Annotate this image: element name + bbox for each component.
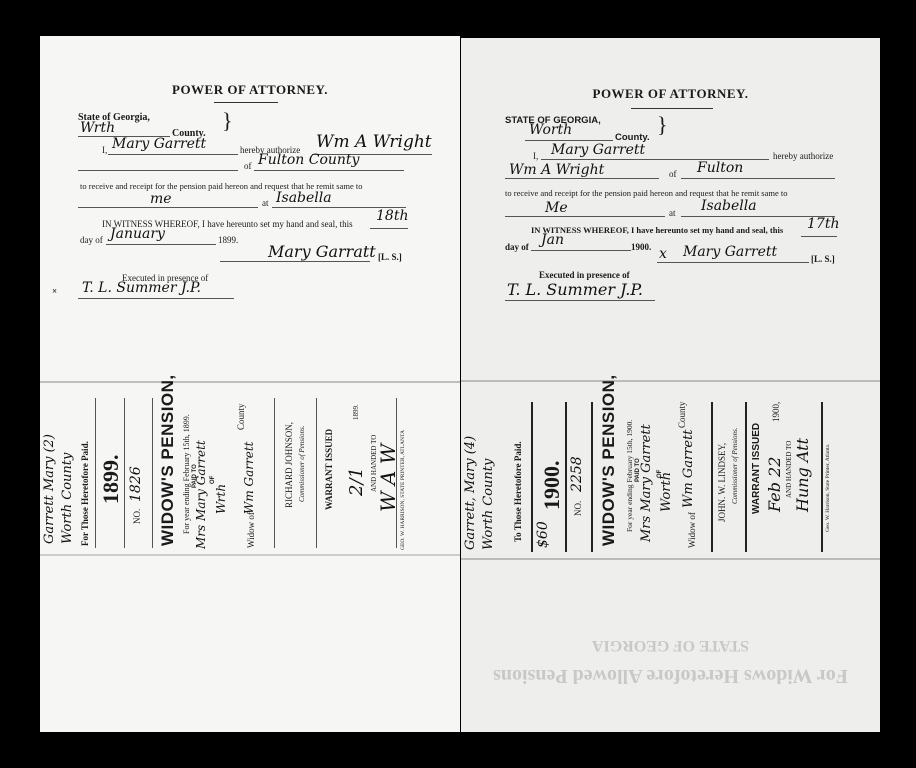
receive-text: to receive and receipt for the pension p… [505,188,788,198]
day-value: 17th [807,216,839,232]
warrant-date: 2/1 [346,467,367,496]
month-value: Jan [541,232,564,248]
of-label: of [244,161,252,171]
divider [565,402,567,552]
year-ending: For year ending February 15th, 1899. [182,414,191,534]
stub-county-label: County [236,403,246,430]
ls-label: [L. S.] [378,252,402,262]
right-document-page: POWER OF ATTORNEY. STATE OF GEORGIA, Wor… [461,38,880,732]
signature-mark: x [659,246,667,262]
no-value: 1826 [128,466,144,502]
divider [152,398,153,548]
day-line [801,236,837,237]
left-form-title: POWER OF ATTORNEY. [40,82,460,98]
witness-mark: × [52,286,57,296]
attorney-name: Wm A Wright [316,132,432,152]
pension-title: WIDOW'S PENSION, [158,374,178,546]
brace: } [657,114,668,136]
remit-to: me [150,191,172,207]
grantor-line [108,154,238,155]
fold-line [461,558,880,560]
grantor-name: Mary Garrett [112,136,206,152]
executed-label: Executed in presence of [539,270,630,280]
divider [531,402,533,552]
divider [316,398,317,548]
day-of-label: day of [505,242,529,252]
no-label: NO. [132,509,142,524]
warrant-date: Feb 22 [765,457,784,512]
signature: Mary Garrett [683,244,777,260]
title-rule [631,108,713,109]
day-line [370,228,408,229]
attorney-county: Fulton [697,160,743,176]
heretofore-label: To Those Heretofore Paid. [513,441,523,542]
fold-line [40,554,460,556]
left-pension-stub: Garrett Mary (2) Worth County For Those … [40,384,460,556]
stub-year: 1899. [98,455,124,505]
day-value: 18th [376,208,408,224]
authorize-label: hereby authorize [773,151,833,161]
at-label: at [669,208,676,218]
remit-to-line [505,216,665,217]
year-ending: For year ending February 15th, 1900. [625,420,634,532]
printed-year: 1899. [218,235,238,245]
of-label: OF [210,476,216,484]
county-line [525,140,613,141]
remit-to: Me [545,200,568,216]
no-label: NO. [573,501,583,516]
divider [591,402,593,552]
witness-signature: T. L. Summer J.P. [507,280,643,299]
i-label: I, [533,151,538,161]
pension-title: WIDOW'S PENSION, [599,374,619,546]
blank-line [78,170,238,171]
stub-year-mark: $60 [535,521,551,548]
stub-county-label: County [677,401,687,428]
right-form-title: POWER OF ATTORNEY. [461,86,880,102]
printer-credit: GEO. W. HARRISON, STATE PRINTER, ATLANTA [400,430,406,550]
widow-of-label: Widow of [246,512,256,548]
county-value: Wrth [80,120,115,136]
paid-to-value: Mrs Mary Garrett [639,424,654,542]
month-line [106,244,216,245]
commissioner-title: Commissioner of Pensions. [731,428,739,504]
stub-county-value: Worth [659,472,674,512]
attorney-county: Fulton County [258,152,359,168]
divider [821,402,823,552]
printer-credit: Geo. W. Harrison, State Printer, Atlanta… [825,444,831,532]
divider [274,398,275,548]
widow-of-value: Wm Garrett [242,442,256,515]
stub-handwritten-name: Garrett Mary (2) [42,434,57,544]
fold-line [40,381,460,383]
of-label: of [669,169,677,179]
handed-label: AND HANDED TO [785,441,793,498]
warrant-year: 1899. [352,404,360,420]
ls-label: [L. S.] [811,254,835,264]
title-rule [214,102,278,103]
witness-signature: T. L. Summer J.P. [82,280,201,296]
divider [124,398,125,548]
printed-year: 1900. [631,242,651,252]
attorney-line [505,178,659,179]
no-value: 2258 [569,456,585,492]
grantor-name: Mary Garrett [551,142,645,158]
witness-line [505,300,655,301]
remit-place: Isabella [276,190,332,206]
attorney-county-line [681,178,835,179]
stub-year: 1900. [539,461,565,511]
warrant-label: WARRANT ISSUED [324,429,334,510]
stub-county-value: Wrth [214,484,228,514]
divider [711,402,713,552]
mirrored-title: For Widows Heretofore Allowed Pensions [461,664,880,687]
signature: Mary Garratt [268,242,376,261]
mirrored-state: STATE OF GEORGIA [461,636,880,654]
day-of-label: day of [80,235,103,245]
divider [396,398,397,548]
left-document-page: POWER OF ATTORNEY. State of Georgia, Wrt… [40,36,460,732]
remit-to-line [78,207,258,208]
widow-of-label: Widow of [687,512,697,548]
stub-handwritten-county: Worth County [60,453,75,544]
commissioner-name: JOHN. W. LINDSEY, [717,443,727,522]
month-line [531,250,631,251]
warrant-year: 1900, [771,402,781,422]
handed-value: Hung Att [793,438,812,512]
at-label: at [262,198,269,208]
brace: } [222,110,233,132]
stub-handwritten-county: Worth County [481,459,496,550]
heretofore-label: For Those Heretofore Paid. [80,441,90,546]
signature-line [657,262,809,263]
attorney-county-line [254,170,404,171]
divider [95,398,96,548]
stub-handwritten-name: Garrett, Mary (4) [463,436,478,550]
warrant-label: WARRANT ISSUED [751,423,762,514]
signature-line [220,261,370,262]
attorney-name: Wm A Wright [509,162,604,178]
county-value: Worth [529,122,572,138]
commissioner-name: RICHARD JOHNSON, [284,422,294,508]
remit-place: Isabella [701,198,757,214]
commissioner-title: Commissioner of Pensions. [298,426,306,502]
divider [745,402,747,552]
i-label: I, [102,145,107,155]
witness-text: IN WITNESS WHEREOF, I have hereunto set … [531,225,783,235]
paid-to-value: Mrs Mary Garrett [194,440,208,549]
widow-of-value: Wm Garrett [681,429,696,508]
right-pension-stub: Garrett, Mary (4) Worth County To Those … [461,382,880,558]
witness-line [78,298,234,299]
month-value: January [110,226,165,242]
